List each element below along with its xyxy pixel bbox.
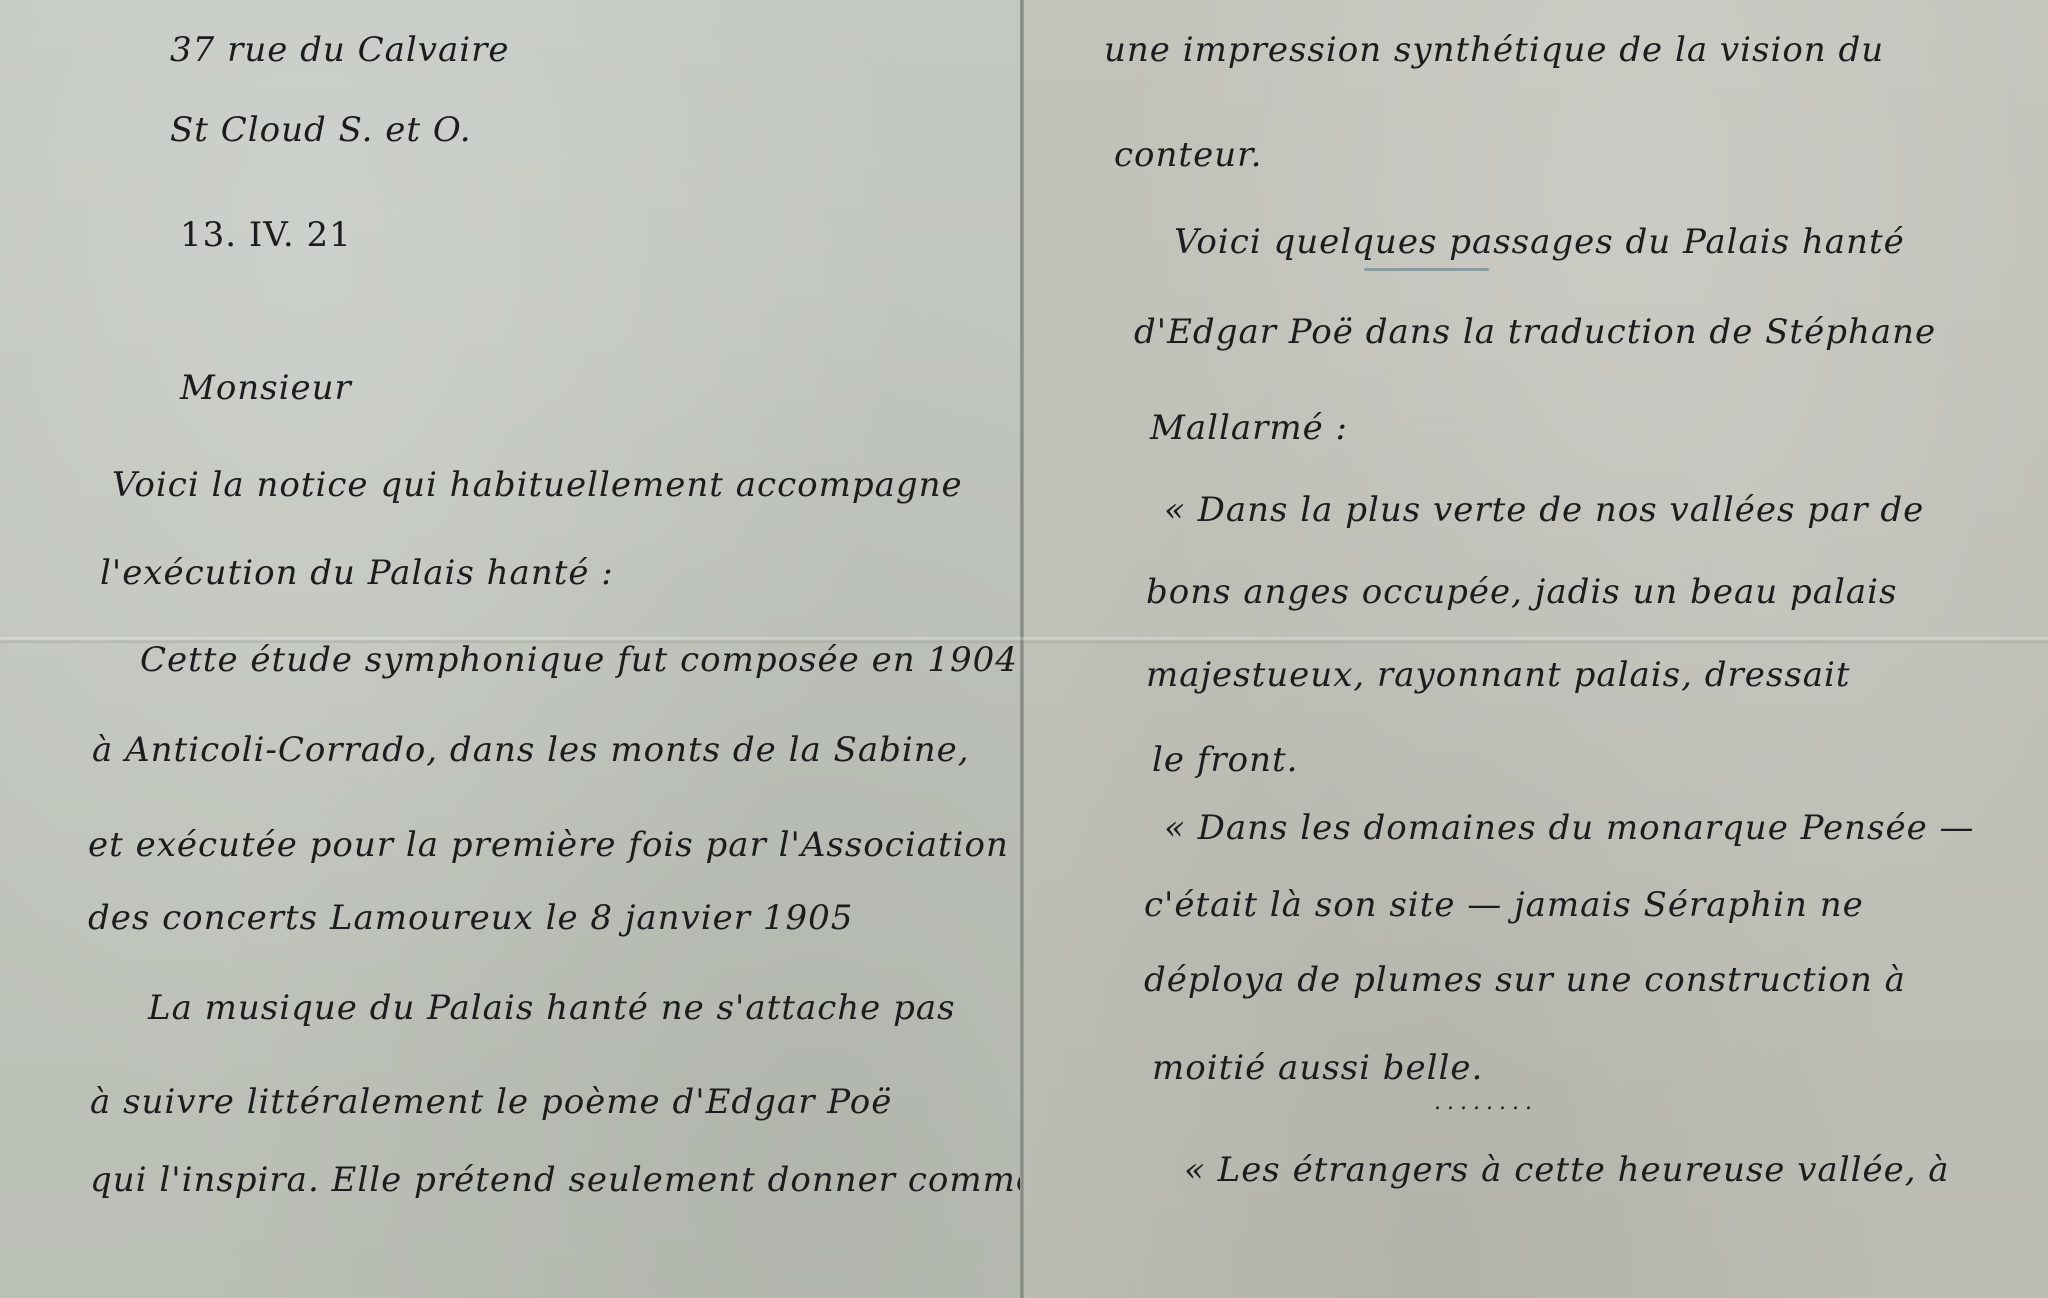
- quote-line: « Dans la plus verte de nos vallées par …: [1164, 490, 1924, 530]
- body-line: conteur.: [1114, 135, 1262, 175]
- quote-line: c'était là son site — jamais Séraphin ne: [1144, 885, 1864, 925]
- quote-line: le front.: [1152, 740, 1298, 780]
- body-line: des concerts Lamoureux le 8 janvier 1905: [88, 898, 853, 938]
- body-line: Cette étude symphonique fut composée en …: [140, 640, 1018, 680]
- quote-line: « Dans les domaines du monarque Pensée —: [1164, 808, 1975, 848]
- horizontal-crease: [0, 636, 2048, 644]
- sender-address-street: 37 rue du Calvaire: [170, 30, 510, 70]
- letter-page-left: 37 rue du Calvaire St Cloud S. et O. 13.…: [0, 0, 1022, 1298]
- quote-line: moitié aussi belle.: [1152, 1048, 1483, 1088]
- ellipsis-dots: ........: [1434, 1090, 1538, 1115]
- body-line: La musique du Palais hanté ne s'attache …: [148, 988, 956, 1028]
- quote-line: bons anges occupée, jadis un beau palais: [1146, 572, 1897, 612]
- body-line: l'exécution du Palais hanté :: [100, 553, 614, 593]
- letter-page-right: une impression synthétique de la vision …: [1024, 0, 2048, 1298]
- quote-line: « Les étrangers à cette heureuse vallée,…: [1184, 1150, 1950, 1190]
- page-fold: [1020, 0, 1024, 1298]
- body-line: Mallarmé :: [1150, 408, 1348, 448]
- body-line: à suivre littéralement le poème d'Edgar …: [90, 1082, 892, 1122]
- sender-address-city: St Cloud S. et O.: [170, 110, 472, 150]
- body-line: et exécutée pour la première fois par l'…: [88, 825, 1009, 865]
- quote-line: majestueux, rayonnant palais, dressait: [1146, 655, 1851, 695]
- body-line: à Anticoli-Corrado, dans les monts de la…: [92, 730, 970, 770]
- body-line: une impression synthétique de la vision …: [1104, 30, 1884, 70]
- letter-date: 13. IV. 21: [180, 215, 352, 255]
- pencil-underline: [1364, 268, 1489, 271]
- salutation: Monsieur: [180, 368, 352, 408]
- body-line: Voici quelques passages du Palais hanté: [1174, 222, 1905, 262]
- body-line: Voici la notice qui habituellement accom…: [112, 465, 963, 505]
- body-line: qui l'inspira. Elle prétend seulement do…: [90, 1160, 1022, 1200]
- body-line: d'Edgar Poë dans la traduction de Stépha…: [1134, 312, 1936, 352]
- quote-line: déploya de plumes sur une construction à: [1144, 960, 1906, 1000]
